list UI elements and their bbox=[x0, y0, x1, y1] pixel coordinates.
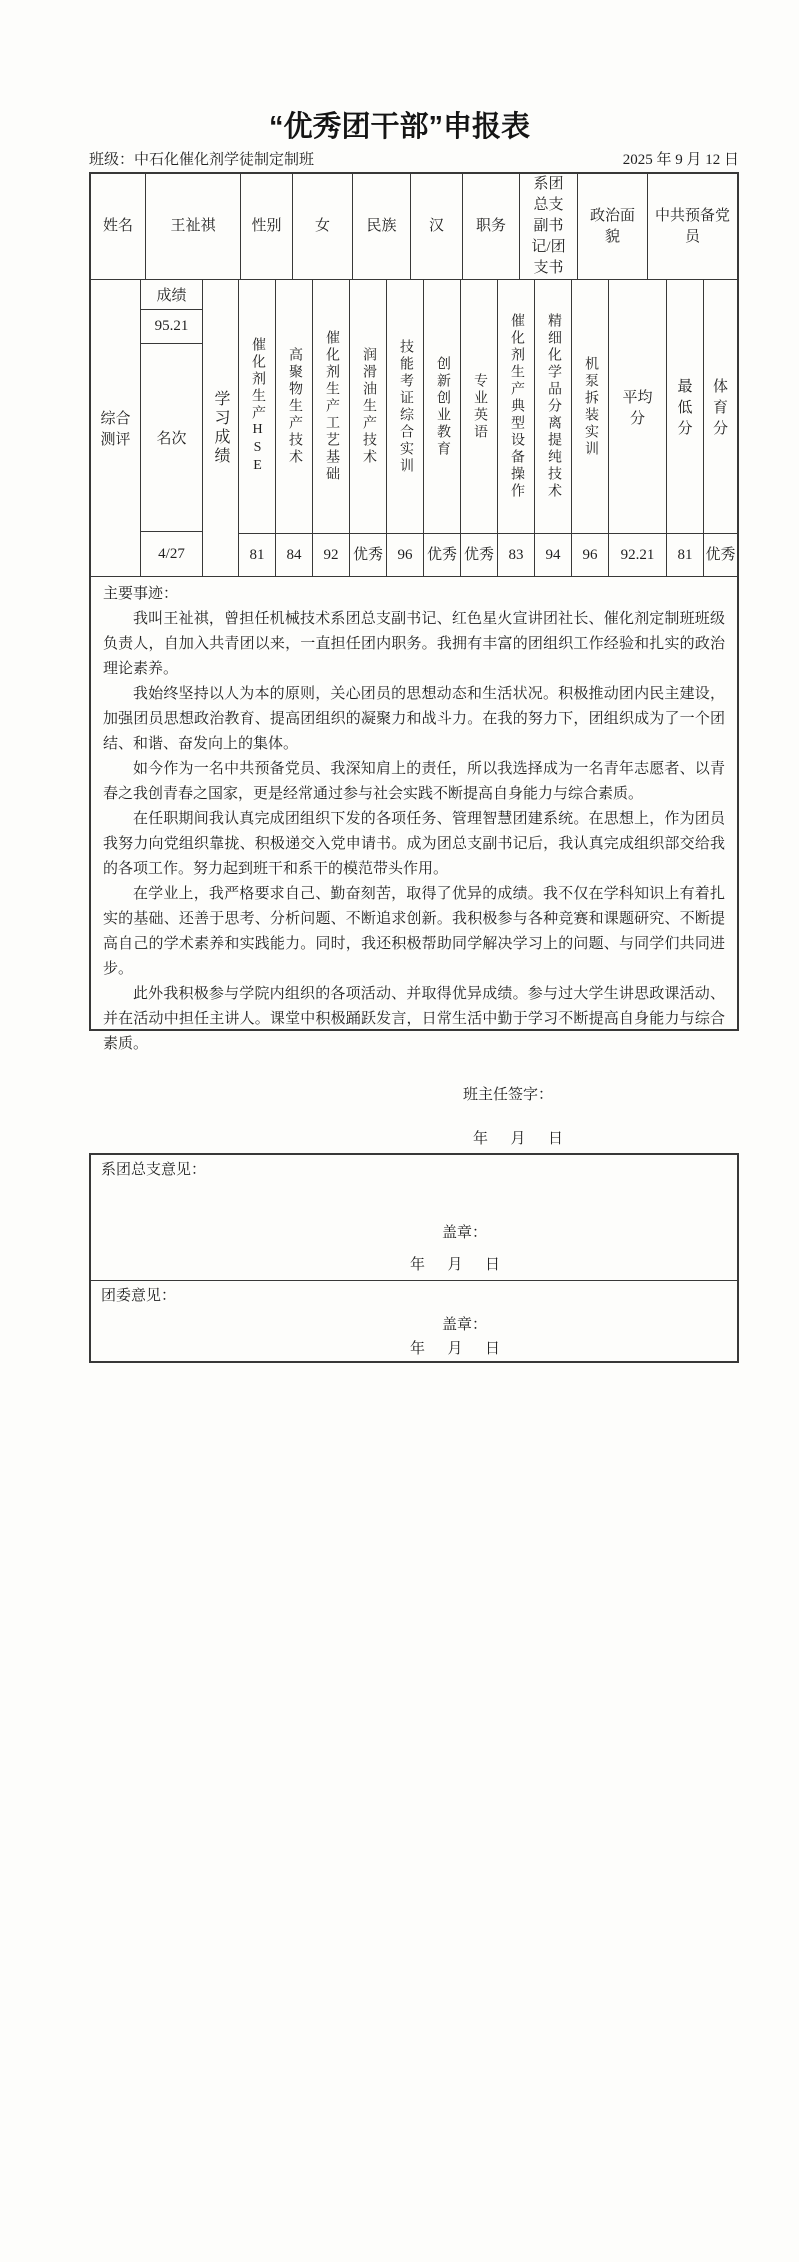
subject-name: 专业英语 bbox=[469, 373, 489, 441]
meta-row: 班级：中石化催化剂学徒制定制班 2025 年 9 月 12 日 bbox=[89, 150, 739, 170]
subject-score: 优秀 bbox=[350, 534, 386, 576]
deeds-paragraph: 如今作为一名中共预备党员、我深知肩上的责任，所以我选择成为一名青年志愿者、以青春… bbox=[103, 757, 725, 807]
deeds-paragraph: 此外我积极参与学院内组织的各项活动、并取得优异成绩。参与过大学生讲思政课活动、并… bbox=[103, 982, 725, 1057]
subject-column-1: 高聚物生产技术 84 bbox=[276, 280, 313, 576]
deeds-paragraph: 在学业上，我严格要求自己、勤奋刻苦，取得了优异的成绩。我不仅在学科知识上有着扎实… bbox=[103, 882, 725, 982]
class-field: 班级：中石化催化剂学徒制定制班 bbox=[89, 150, 314, 170]
subject-column-9: 机泵拆装实训 96 bbox=[572, 280, 609, 576]
average-value: 92.21 bbox=[609, 534, 666, 576]
deeds-paragraph: 我叫王祉祺，曾担任机械技术系团总支副书记、红色星火宣讲团社长、催化剂定制班班级负… bbox=[103, 607, 725, 682]
teacher-signature-date-blank: 年 月 日 bbox=[103, 1127, 725, 1152]
score-rank-column: 成绩 95.21 名次 4/27 bbox=[141, 280, 203, 576]
average-label: 平均分 bbox=[620, 386, 655, 428]
dept-opinion-label: 系团总支意见： bbox=[101, 1160, 206, 1180]
subject-column-7: 催化剂生产典型设备操作 83 bbox=[498, 280, 535, 576]
subject-name: 催化剂生产典型设备操作 bbox=[506, 313, 526, 500]
committee-seal-label: 盖章： bbox=[442, 1315, 487, 1335]
pe-column: 体育分 优秀 bbox=[704, 280, 737, 576]
main-deeds-section: 主要事迹： 我叫王祉祺，曾担任机械技术系团总支副书记、红色星火宣讲团社长、催化剂… bbox=[91, 577, 737, 1029]
rank-value-cell: 4/27 bbox=[141, 532, 202, 576]
subject-score: 92 bbox=[313, 534, 349, 576]
political-value-cell: 中共预备党员 bbox=[648, 174, 737, 279]
date-field: 2025 年 9 月 12 日 bbox=[623, 150, 739, 170]
study-score-column: 学习成绩 bbox=[203, 280, 239, 576]
name-value-cell: 王祉祺 bbox=[146, 174, 241, 279]
ethnicity-label-cell: 民族 bbox=[353, 174, 411, 279]
committee-opinion-label: 团委意见： bbox=[101, 1286, 176, 1306]
subject-score: 96 bbox=[387, 534, 423, 576]
political-label-cell: 政治面貌 bbox=[578, 174, 648, 279]
subject-column-5: 创新创业教育 优秀 bbox=[424, 280, 461, 576]
identity-row: 姓名 王祉祺 性别 女 民族 汉 职务 系团总支副书记/团支书 政治面貌 中共预… bbox=[91, 174, 737, 280]
lowest-column: 最低分 81 bbox=[667, 280, 704, 576]
evaluation-block-label-cell: 综合测评 bbox=[91, 280, 141, 576]
score-value-cell: 95.21 bbox=[141, 310, 202, 344]
rank-label-cell: 名次 bbox=[141, 344, 202, 532]
position-value-text: 系团总支副书记/团支书 bbox=[531, 174, 566, 279]
lowest-value: 81 bbox=[667, 534, 703, 576]
gender-value-cell: 女 bbox=[293, 174, 353, 279]
subject-score: 96 bbox=[572, 534, 608, 576]
ethnicity-value-cell: 汉 bbox=[411, 174, 463, 279]
evaluation-block-label: 综合测评 bbox=[98, 407, 133, 449]
main-deeds-label: 主要事迹： bbox=[103, 582, 725, 607]
score-label-cell: 成绩 bbox=[141, 280, 202, 310]
position-value-cell: 系团总支副书记/团支书 bbox=[520, 174, 578, 279]
committee-date-blank: 年 月 日 bbox=[410, 1339, 500, 1359]
pe-value: 优秀 bbox=[704, 534, 737, 576]
subject-name: 机泵拆装实训 bbox=[580, 356, 600, 458]
page-title: “优秀团干部”申报表 bbox=[0, 110, 799, 144]
form-sheet: “优秀团干部”申报表 班级：中石化催化剂学徒制定制班 2025 年 9 月 12… bbox=[0, 0, 799, 2262]
dept-opinion-box: 系团总支意见： 盖章： 年 月 日 bbox=[91, 1155, 737, 1281]
lowest-label: 最低分 bbox=[676, 375, 694, 438]
dept-date-blank: 年 月 日 bbox=[410, 1255, 500, 1275]
subject-column-0: 催化剂生产HSE 81 bbox=[239, 280, 276, 576]
subject-name: 创新创业教育 bbox=[432, 356, 452, 458]
subject-name: 催化剂生产工艺基础 bbox=[321, 330, 341, 483]
dept-seal-label: 盖章： bbox=[442, 1223, 487, 1243]
subject-score: 优秀 bbox=[424, 534, 460, 576]
teacher-signature-label: 班主任签字： bbox=[103, 1083, 725, 1108]
subject-score: 83 bbox=[498, 534, 534, 576]
political-label-text: 政治面貌 bbox=[589, 206, 637, 248]
subject-score: 优秀 bbox=[461, 534, 497, 576]
opinions-table: 系团总支意见： 盖章： 年 月 日 团委意见： 盖章： 年 月 日 bbox=[89, 1153, 739, 1363]
subject-name: 润滑油生产技术 bbox=[358, 347, 378, 466]
subject-column-2: 催化剂生产工艺基础 92 bbox=[313, 280, 350, 576]
deeds-paragraph: 在任职期间我认真完成团组织下发的各项任务、管理智慧团建系统。在思想上，作为团员我… bbox=[103, 807, 725, 882]
pe-label: 体育分 bbox=[712, 375, 730, 438]
position-label-cell: 职务 bbox=[463, 174, 520, 279]
committee-opinion-box: 团委意见： 盖章： 年 月 日 bbox=[91, 1281, 737, 1361]
deeds-paragraph: 我始终坚持以人为本的原则，关心团员的思想动态和生活状况。积极推动团内民主建设，加… bbox=[103, 682, 725, 757]
subject-score: 94 bbox=[535, 534, 571, 576]
subject-column-6: 专业英语 优秀 bbox=[461, 280, 498, 576]
subject-name: 精细化学品分离提纯技术 bbox=[543, 313, 563, 500]
subject-score: 81 bbox=[239, 534, 275, 576]
average-column: 平均分 92.21 bbox=[609, 280, 667, 576]
gender-label-cell: 性别 bbox=[241, 174, 293, 279]
subject-column-8: 精细化学品分离提纯技术 94 bbox=[535, 280, 572, 576]
subject-column-4: 技能考证综合实训 96 bbox=[387, 280, 424, 576]
evaluation-row: 综合测评 成绩 95.21 名次 4/27 学习成绩 催化剂生产HSE 81 高… bbox=[91, 280, 737, 577]
subject-name: 高聚物生产技术 bbox=[284, 347, 304, 466]
subject-name: 催化剂生产HSE bbox=[247, 337, 267, 476]
name-label-cell: 姓名 bbox=[91, 174, 146, 279]
study-score-label: 学习成绩 bbox=[209, 390, 232, 466]
subject-score: 84 bbox=[276, 534, 312, 576]
application-table: 姓名 王祉祺 性别 女 民族 汉 职务 系团总支副书记/团支书 政治面貌 中共预… bbox=[89, 172, 739, 1031]
subject-name: 技能考证综合实训 bbox=[395, 339, 415, 475]
subject-column-3: 润滑油生产技术 优秀 bbox=[350, 280, 387, 576]
